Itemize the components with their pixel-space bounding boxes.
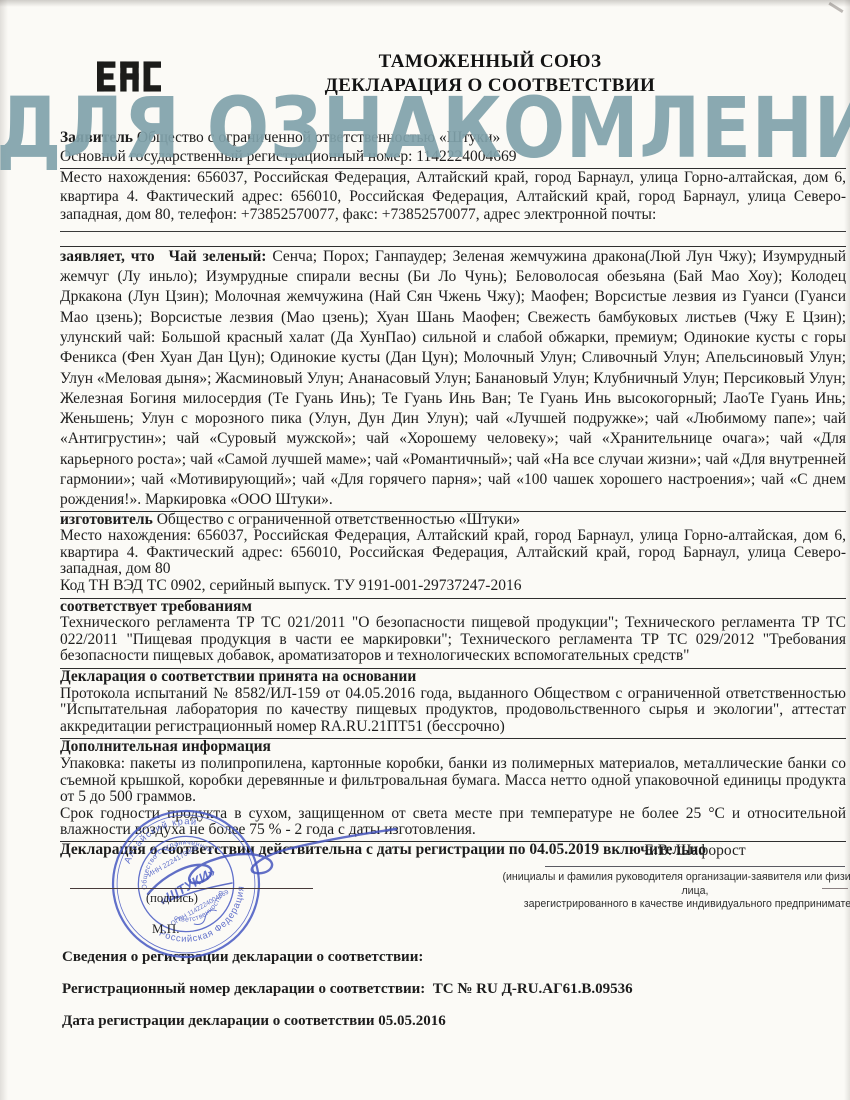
manufacturer-line: изготовитель Общество с ограниченной отв…	[60, 512, 846, 529]
registration-number-line: Регистрационный номер декларации о соотв…	[62, 980, 822, 998]
compliance-text: Технического регламента ТР ТС 021/2011 "…	[60, 615, 846, 665]
applicant-address: Место нахождения: 656037, Российская Фед…	[60, 169, 846, 225]
signature-caption: (подпись)	[146, 891, 198, 906]
head-name-caption: (инициалы и фамилия руководителя организ…	[495, 871, 850, 912]
basis-text: Протокола испытаний № 8582/ИЛ-159 от 04.…	[60, 686, 846, 736]
declares-label: заявляет, что	[60, 248, 155, 265]
packaging-text: Упаковка: пакеты из полипропилена, карто…	[60, 756, 846, 806]
head-name-line	[545, 866, 845, 867]
manufacturer-code-line: Код ТН ВЭД ТС 0902, серийный выпуск. ТУ …	[60, 578, 846, 595]
scan-artifact	[828, 2, 843, 13]
watermark-text: ДЛЯ ОЗНАКОМЛЕНИЯ	[0, 86, 850, 170]
seal-place-abbr: М.П.	[152, 921, 179, 937]
manufacturer-name: Общество с ограниченной ответственностью…	[157, 511, 520, 528]
registration-date-line: Дата регистрации декларации о соответств…	[62, 1012, 822, 1030]
manufacturer-address: Место нахождения: 656037, Российская Фед…	[60, 528, 846, 578]
registration-number-value: ТС № RU Д-RU.АГ61.В.09536	[433, 981, 633, 997]
basis-header: Декларация о соответствии принята на осн…	[60, 669, 846, 686]
compliance-header: соответствует требованиям	[60, 599, 846, 616]
document-body: Заявитель Общество с ограниченной ответс…	[60, 128, 846, 859]
margin-line	[822, 888, 848, 889]
registration-number-label: Регистрационный номер декларации о соотв…	[62, 981, 425, 997]
additional-header: Дополнительная информация	[60, 739, 846, 756]
manufacturer-label: изготовитель	[60, 511, 153, 528]
product-list: Сенча; Порох; Ганпаудер; Зеленая жемчужи…	[60, 248, 846, 509]
declaration-document: ТАМОЖЕННЫЙ СОЮЗ ДЕКЛАРАЦИЯ О СООТВЕТСТВИ…	[0, 0, 850, 1100]
signature-line	[70, 888, 313, 889]
title-line-1: ТАМОЖЕННЫЙ СОЮЗ	[240, 50, 740, 74]
product-lead: Чай зеленый:	[169, 248, 267, 265]
declaration-products: заявляет, чтоЧай зеленый: Сенча; Порох; …	[60, 247, 846, 511]
email-blank-line	[60, 231, 846, 232]
